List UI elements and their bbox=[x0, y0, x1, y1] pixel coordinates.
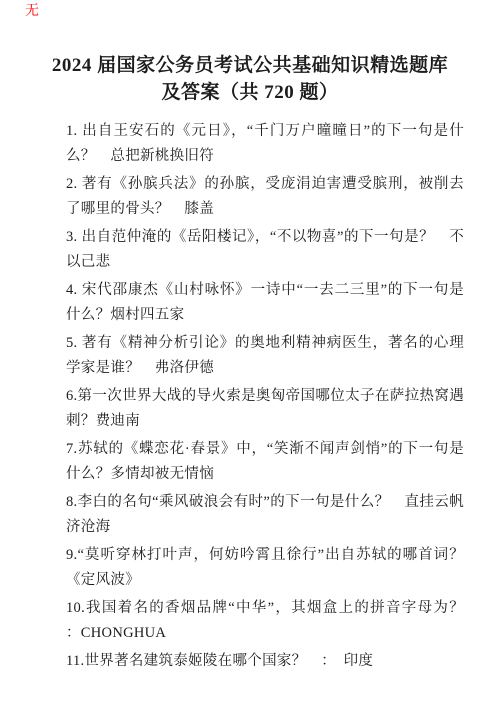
document-title-line2: 及答案（共 720 题） bbox=[34, 79, 466, 106]
question-list: 1. 出自王安石的《元日》，“千门万户曈曈日”的下一句是什么？ 总把新桃换旧符 … bbox=[0, 119, 500, 674]
question-item-4: 4. 宋代邵康杰《山村咏怀》一诗中“一去二三里”的下一句是什么？烟村四五家 bbox=[66, 278, 464, 328]
question-item-8: 8.李白的名句“乘风破浪会有时”的下一句是什么？ 直挂云帆济沧海 bbox=[66, 490, 464, 540]
question-item-9: 9.“莫听穿林打叶声，何妨吟霄且徐行”出自苏轼的哪首词？ 《定风波》 bbox=[66, 543, 464, 593]
question-item-7: 7.苏轼的《蝶恋花·春景》中，“笑渐不闻声剑悄”的下一句是什么？多情却被无情恼 bbox=[66, 437, 464, 487]
question-item-6: 6.第一次世界大战的导火索是奥匈帝国哪位太子在萨拉热窝遇刺？费迪南 bbox=[66, 384, 464, 434]
document-title: 2024 届国家公务员考试公共基础知识精选题库 及答案（共 720 题） bbox=[34, 52, 466, 106]
question-item-3: 3. 出自范仲淹的《岳阳楼记》，“不以物喜”的下一句是？ 不以己悲 bbox=[66, 225, 464, 275]
question-item-1: 1. 出自王安石的《元日》，“千门万户曈曈日”的下一句是什么？ 总把新桃换旧符 bbox=[66, 119, 464, 169]
document-title-line1: 2024 届国家公务员考试公共基础知识精选题库 bbox=[34, 52, 466, 79]
document-page: 无 2024 届国家公务员考试公共基础知识精选题库 及答案（共 720 题） 1… bbox=[0, 52, 500, 674]
red-watermark-glyph: 无 bbox=[25, 3, 39, 17]
question-item-10: 10.我国着名的香烟品牌“中华”，其烟盒上的拼音字母为？ ：CHONGHUA bbox=[66, 596, 464, 646]
question-item-11: 11.世界著名建筑泰姬陵在哪个国家？ ： 印度 bbox=[66, 649, 464, 674]
question-item-5: 5. 著有《精神分析引论》的奥地利精神病医生，著名的心理学家是谁？ 弗洛伊德 bbox=[66, 331, 464, 381]
question-item-2: 2. 著有《孙膑兵法》的孙膑，受庞涓迫害遭受膑刑，被削去了哪里的骨头？ 膝盖 bbox=[66, 172, 464, 222]
